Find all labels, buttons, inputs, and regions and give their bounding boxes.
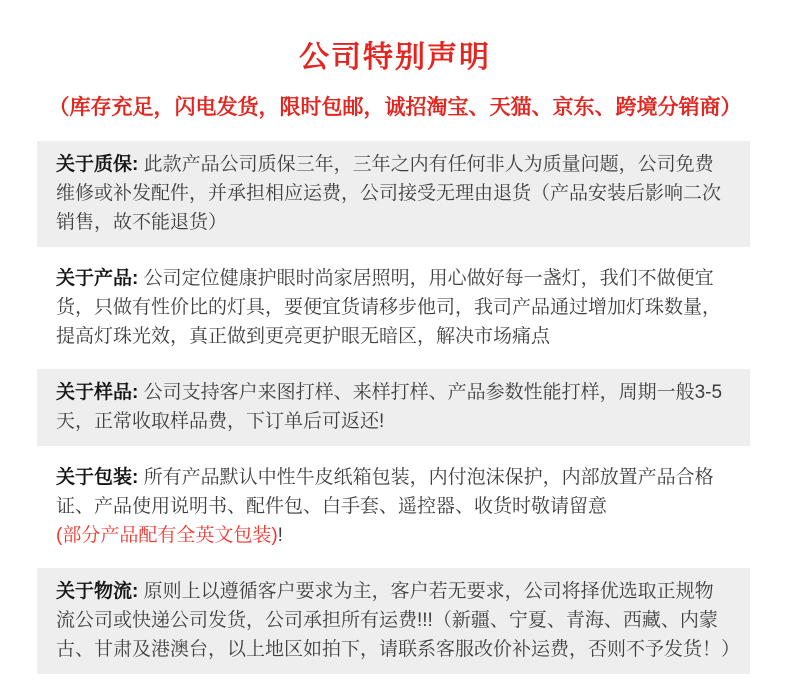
- section-text-run: (部分产品配有全英文包装): [56, 525, 278, 546]
- section-packaging: 关于包装: 所有产品默认中性牛皮纸箱包装，内付泡沫保护，内部放置产品合格证、产品…: [37, 454, 750, 560]
- page-subtitle: （库存充足，闪电发货，限时包邮，诚招淘宝、天猫、京东、跨境分销商）: [0, 91, 790, 121]
- section-warranty: 关于质保: 此款产品公司质保三年，三年之内有任何非人为质量问题，公司免费维修或补…: [37, 141, 750, 247]
- section-text-run: 公司支持客户来图打样、来样打样、产品参数性能打样，周期一般3-5天，正常收取样品…: [56, 382, 722, 432]
- section-text-run: 此款产品公司质保三年，三年之内有任何非人为质量问题，公司免费维修或补发配件，并承…: [56, 154, 721, 233]
- section-sample: 关于样品: 公司支持客户来图打样、来样打样、产品参数性能打样，周期一般3-5天，…: [37, 369, 750, 446]
- section-label: 关于质保:: [56, 154, 144, 175]
- section-logistics: 关于物流: 原则上以遵循客户要求为主，客户若无要求，公司将择优选取正规物流公司或…: [37, 568, 750, 674]
- section-text-run: 所有产品默认中性牛皮纸箱包装，内付泡沫保护，内部放置产品合格证、产品使用说明书、…: [56, 467, 714, 517]
- page-title: 公司特别声明: [0, 32, 790, 76]
- section-label: 关于包装:: [56, 467, 144, 488]
- statement-page: 公司特别声明 （库存充足，闪电发货，限时包邮，诚招淘宝、天猫、京东、跨境分销商）…: [0, 0, 790, 682]
- section-product: 关于产品: 公司定位健康护眼时尚家居照明，用心做好每一盏灯，我们不做便宜货，只做…: [37, 255, 750, 361]
- sections-container: 关于质保: 此款产品公司质保三年，三年之内有任何非人为质量问题，公司免费维修或补…: [0, 141, 790, 674]
- section-text-run: !: [278, 525, 283, 546]
- section-text-run: 公司定位健康护眼时尚家居照明，用心做好每一盏灯，我们不做便宜货，只做有性价比的灯…: [56, 268, 721, 347]
- section-label: 关于产品:: [56, 268, 144, 289]
- section-label: 关于物流:: [56, 581, 144, 602]
- section-label: 关于样品:: [56, 382, 144, 403]
- section-text-run: 原则上以遵循客户要求为主，客户若无要求，公司将择优选取正规物流公司或快递公司发货…: [56, 581, 740, 660]
